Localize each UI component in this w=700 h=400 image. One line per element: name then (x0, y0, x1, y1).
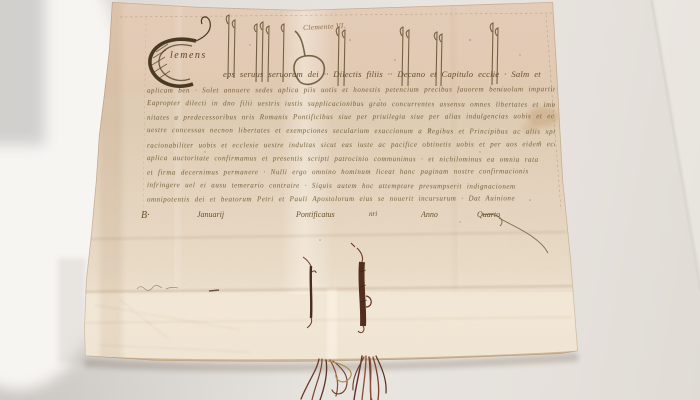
manuscript-line: uestre concessas necnon libertates et ex… (147, 126, 555, 136)
wall-corner-shade (0, 0, 45, 145)
dateline-word: Januarij (197, 210, 224, 219)
manuscript-line: et firma decernimus permanere · Nulli er… (147, 167, 555, 176)
manuscript-line: infringere uel ei ausu temerario contrai… (147, 181, 555, 191)
scribe-mark: B· (141, 210, 150, 221)
dateline-word: nri (369, 210, 377, 218)
photo-scene: Clemente VI. lemens eps seruus seruorum … (0, 0, 700, 400)
manuscript-line: aplicam ben · Solet annuere sedes aplica… (147, 85, 555, 94)
plica-light (80, 292, 582, 362)
dateline-word: Anno (421, 210, 438, 219)
manuscript-line: racionabiliter uobis et ecclesie uestre … (147, 140, 555, 149)
dateline-word: Quarto (477, 210, 500, 219)
manuscript-line: Eapropter dilecti in dno filii uestris i… (147, 99, 555, 109)
manuscript-line: omnipotentis dei et beatorum Petri et Pa… (147, 194, 555, 203)
plica-ink-dash (209, 290, 219, 291)
manuscript-line: aplica auctoritate confirmamus et presen… (147, 154, 555, 164)
dateline-word: Pontificatus (296, 210, 335, 219)
manuscript-line: nitates a predecessoribus nris Romanis P… (147, 112, 555, 121)
dateline-row: B· Januarij Pontificatus nri Anno Quarto (0, 210, 700, 226)
manuscript-line-1: eps seruus seruorum dei ·· Dilectis fili… (223, 69, 553, 79)
initial-word: lemens (170, 50, 207, 61)
